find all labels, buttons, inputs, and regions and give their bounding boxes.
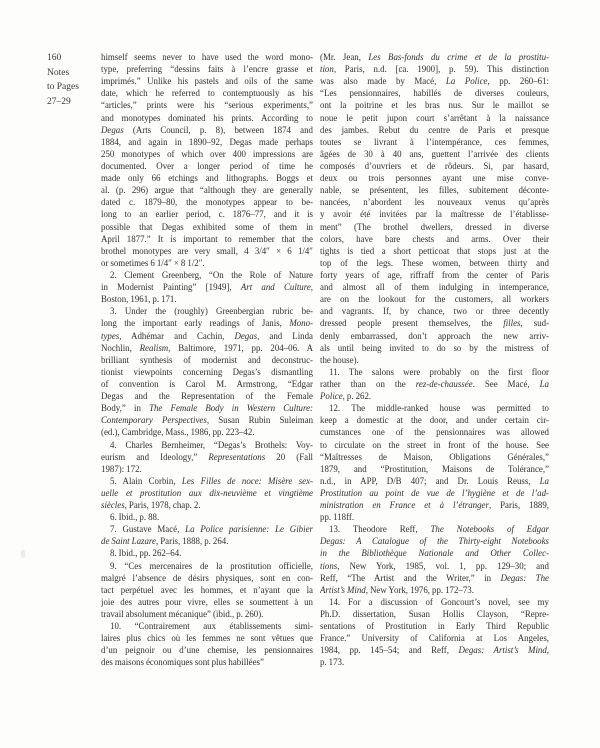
text-line: 5. Alain Corbin, Les Filles de noce: Mis… — [101, 475, 313, 487]
text-line: ment” (The brothel dwellers, dressed in … — [320, 221, 549, 233]
text-line: date, which he referred to contemptuousl… — [101, 87, 313, 99]
text-line: and vagrants. If, by chance, two or thre… — [320, 305, 549, 317]
text-line: eurism and Ideology,” Representations 20… — [101, 451, 313, 463]
text-line: documented. Over a longer period of time… — [101, 160, 313, 172]
text-line: 14. For a discussion of Goncourt’s novel… — [320, 596, 549, 608]
text-line: in the Bibliothèque Nationale and Other … — [320, 547, 549, 559]
text-line: ministration en France et à l’étranger, … — [320, 499, 549, 511]
text-line: joie des autres pour vivre, elles se sou… — [101, 596, 313, 608]
text-line: deux ou trois personnes ayant une mise c… — [320, 172, 549, 184]
text-line: 1884, and again in 1890–92, Degas made p… — [101, 136, 313, 148]
text-line: Nochlin, Realism, Baltimore, 1971, pp. 2… — [101, 342, 313, 354]
text-line: d’un peignoir ou d’une chemise, les pens… — [101, 644, 313, 656]
text-line: tact perpétuel avec les hommes, et n’aya… — [101, 584, 313, 596]
text-line: Contemporary Perspectives, Susan Rubin S… — [101, 414, 313, 426]
text-line: Ph.D. dissertation, Susan Hollis Clayson… — [320, 608, 549, 620]
text-line: n.d., in APP, D/B 407; and Dr. Louis Reu… — [320, 475, 549, 487]
notes-column-left: himself seems never to have used the wor… — [101, 51, 313, 669]
text-line: des maisons économiques sont plus habill… — [101, 656, 313, 668]
text-line: types, Adhémar and Cachin, Degas, and Li… — [101, 330, 313, 342]
text-line: composés d’ouvriers et de rôdeurs. Si, p… — [320, 160, 549, 172]
text-line: imprimés.” Unlike his pastels and oils o… — [101, 75, 313, 87]
text-line: toutes se livrant à l’intempérance, ces … — [320, 136, 549, 148]
text-line: are on the lookout for the customers, al… — [320, 293, 549, 305]
text-line: laires plus chics où les femmes ne sont … — [101, 632, 313, 644]
text-line: was also made by Macé, La Police, pp. 26… — [320, 75, 549, 87]
text-line: and almost all of them indulging in inte… — [320, 281, 549, 293]
text-line: long the important early readings of Jan… — [101, 317, 313, 329]
text-line: 4. Charles Bernheimer, “Degas’s Brothels… — [101, 439, 313, 451]
text-line: Reff, “The Artist and the Writer,” in De… — [320, 572, 549, 584]
text-line: tights is tied a short petticoat that st… — [320, 245, 549, 257]
text-line: to circulate on the street in front of t… — [320, 439, 549, 451]
text-line: 1879, and “Prostitution, Maisons de Tolé… — [320, 463, 549, 475]
text-line: noue le petit jupon court s’arrêtant à l… — [320, 112, 549, 124]
text-line: malgré l’absence de désirs physiques, so… — [101, 572, 313, 584]
text-line: brilliant synthesis of modernist and dec… — [101, 354, 313, 366]
text-line: tion, Paris, n.d. [ca. 1900], p. 59). Th… — [320, 63, 549, 75]
text-line: Body,” in The Female Body in Western Cul… — [101, 402, 313, 414]
text-line: Prostitution au point de vue de l’hygièn… — [320, 487, 549, 499]
text-line: Degas and the Representation of the Fema… — [101, 390, 313, 402]
text-line: tionist viewpoints concerning Degas’s di… — [101, 366, 313, 378]
text-line: 3. Under the (roughly) Greenbergian rubr… — [101, 305, 313, 317]
text-line: rather than on the rez-de-chaussée. See … — [320, 378, 549, 390]
text-line: 1984, pp. 145–54; and Reff, Degas: Artis… — [320, 644, 549, 656]
text-line: (Mr. Jean, Les Bas-fonds du crime et de … — [320, 51, 549, 63]
text-line: Degas: A Catalogue of the Thirty-eight N… — [320, 535, 549, 547]
text-line: denly embarrassed, don’t approach the ne… — [320, 330, 549, 342]
text-line: or sometimes 6 1/4″ × 8 1/2″. — [101, 257, 313, 269]
text-line: de Saint Lazare, Paris, 1888, p. 264. — [101, 535, 313, 547]
text-line: top of the legs. These women, between th… — [320, 257, 549, 269]
text-line: des jambes. Rebut du centre de Paris et … — [320, 124, 549, 136]
text-line: tions, New York, 1985, vol. 1, pp. 129–3… — [320, 560, 549, 572]
text-line: 250 monotypes of which over 400 impressi… — [101, 148, 313, 160]
text-line: “Les pensionnaires, habillés de diverses… — [320, 87, 549, 99]
text-line: 12. The middle-ranked house was permitte… — [320, 402, 549, 414]
text-line: of convention is Carol M. Armstrong, “Ed… — [101, 378, 313, 390]
text-line: cumstances one of the pensionnaires was … — [320, 426, 549, 438]
text-line: “Maîtresses de Maison, Obligations Génér… — [320, 451, 549, 463]
text-line: in Modernist Painting” [1949], Art and C… — [101, 281, 313, 293]
text-line: type, preferring “dessins faits à l’encr… — [101, 63, 313, 75]
text-line: brothel monotypes are very small, 4 3/4″… — [101, 245, 313, 257]
text-line: 7. Gustave Macé, La Police parisienne: L… — [101, 523, 313, 535]
text-line: sentations of Prostitution in Early Thir… — [320, 620, 549, 632]
text-line: als until being invited to do so by the … — [320, 342, 549, 354]
text-line: uelle et prostitution aux dix-neuvième e… — [101, 487, 313, 499]
text-line: “articles,” prints were his “serious exp… — [101, 99, 313, 111]
text-line: made only 66 etchings and lithographs. B… — [101, 172, 313, 184]
scan-smudge — [21, 550, 25, 558]
text-line: 9. “Ces mercenaires de la prostitution o… — [101, 560, 313, 572]
text-line: (ed.), Cambridge, Mass., 1986, pp. 223–4… — [101, 426, 313, 438]
text-line: 10. “Contrairement aux établissements si… — [101, 620, 313, 632]
text-line: al. (p. 296) argue that “although they a… — [101, 184, 313, 196]
text-line: Police, p. 262. — [320, 390, 549, 402]
text-line: possible that Degas exhibited some of th… — [101, 221, 313, 233]
text-line: colors, have bare chests and arms. Over … — [320, 233, 549, 245]
text-line: Boston, 1961, p. 171. — [101, 293, 313, 305]
text-line: y avoir été invitées par la maîtresse de… — [320, 208, 549, 220]
text-line: 1987): 172. — [101, 463, 313, 475]
text-line: dated c. 1879–80, the monotypes appear t… — [101, 196, 313, 208]
text-line: forty years of age, riffraff from the ce… — [320, 269, 549, 281]
text-line: nancées, n’abordent les nouveaux venus q… — [320, 196, 549, 208]
text-line: nable, se présentent, les filles, subite… — [320, 184, 549, 196]
text-line: p. 173. — [320, 656, 549, 668]
text-line: ont la poitrine et les bras nus. Sur le … — [320, 99, 549, 111]
text-line: travail absolument mécanique” (ibid., p.… — [101, 608, 313, 620]
text-line: 8. Ibid., pp. 262–64. — [101, 547, 313, 559]
text-line: Degas (Arts Council, p. 8), between 1874… — [101, 124, 313, 136]
text-line: himself seems never to have used the wor… — [101, 51, 313, 63]
text-line: France.” University of California at Los… — [320, 632, 549, 644]
text-line: âgées de 30 à 40 ans, guettent l’arrivée… — [320, 148, 549, 160]
text-line: siècles, Paris, 1978, chap. 2. — [101, 499, 313, 511]
book-page: 160 Notes to Pages 27–29 himself seems n… — [0, 0, 600, 748]
text-line: April 1877.” It is important to remember… — [101, 233, 313, 245]
text-line: 6. Ibid., p. 88. — [101, 511, 313, 523]
text-line: 13. Theodore Reff, The Notebooks of Edga… — [320, 523, 549, 535]
text-line: 2. Clement Greenberg, “On the Role of Na… — [101, 269, 313, 281]
text-line: pp. 118ff. — [320, 511, 549, 523]
text-line: dressed people present themselves, the f… — [320, 317, 549, 329]
text-line: long to an earlier period, c. 1876–77, a… — [101, 208, 313, 220]
text-line: keep a domestic at the door, and under c… — [320, 414, 549, 426]
text-line: Artist’s Mind, New York, 1976, pp. 172–7… — [320, 584, 549, 596]
text-line: the house). — [320, 354, 549, 366]
notes-column-right: (Mr. Jean, Les Bas-fonds du crime et de … — [320, 51, 549, 669]
text-line: and monotypes dominated his prints. Acco… — [101, 112, 313, 124]
text-line: 11. The salons were probably on the firs… — [320, 366, 549, 378]
